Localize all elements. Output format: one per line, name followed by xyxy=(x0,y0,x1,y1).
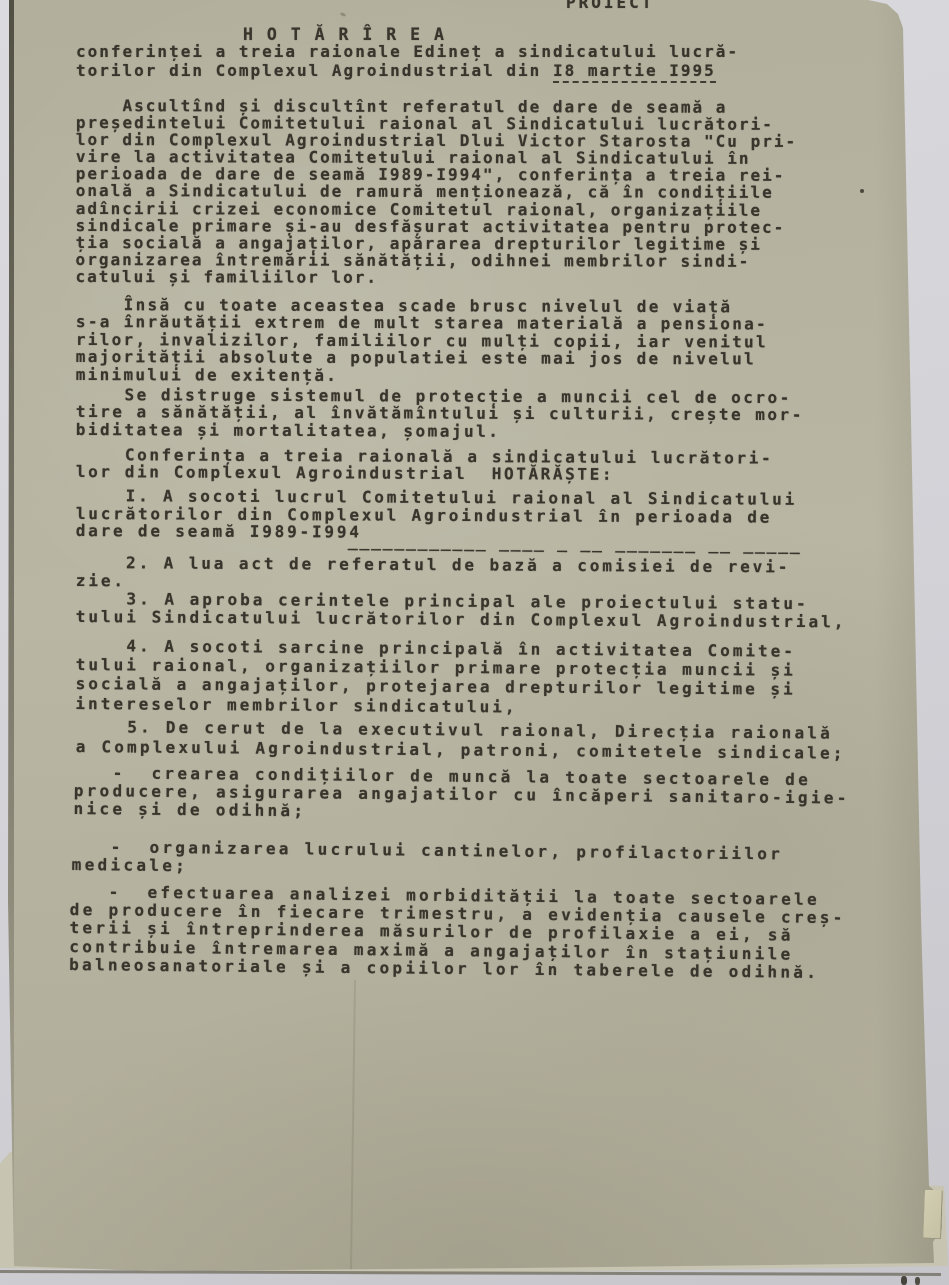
ink-speck xyxy=(860,189,864,193)
bullet-item-2: - organizarea lucrului cantinelor, profi… xyxy=(72,838,784,881)
page-left-shadow xyxy=(6,0,14,1266)
background-mark xyxy=(915,1277,920,1285)
subtitle-date-underlined: I8 martie I995 xyxy=(553,61,716,83)
page-right-shading xyxy=(875,0,935,1270)
resolution-item-4: 4. A socoti sarcine principală în activi… xyxy=(75,636,796,718)
paragraph-1: Ascultînd și discultînt referatul de dar… xyxy=(76,97,798,287)
subtitle-line1: conferinței a treia raionale Edineț a si… xyxy=(76,42,739,61)
paragraph-4-resolution-intro: Conferința a treia raională a sindicatul… xyxy=(76,446,773,484)
background-mark xyxy=(901,1276,907,1285)
draft-stamp: PROIECT xyxy=(566,0,654,12)
resolution-item-1: I. A socoti lucrul Comitetului raional a… xyxy=(76,487,797,543)
bullet-item-3: - efectuarea analizei morbidității la to… xyxy=(69,883,846,982)
bullet-item-1: - crearea condițiilor de muncă la toate … xyxy=(73,764,849,825)
photo-background: PROIECT H O T Ă R Î R E A conferinței a … xyxy=(0,0,949,1285)
document-subtitle: conferinței a treia raionale Edineț a si… xyxy=(76,43,739,80)
page-bottom-edge-line xyxy=(0,1270,941,1275)
tape-fragment xyxy=(923,1190,943,1240)
paragraph-3: Se distruge sistemul de protecție a munc… xyxy=(76,386,804,441)
document-page: PROIECT H O T Ă R Î R E A conferinței a … xyxy=(0,0,949,1285)
paragraph-2: Însă cu toate aceastea scade brusc nivel… xyxy=(76,296,768,385)
ink-smudge xyxy=(340,12,347,17)
resolution-item-2: 2. A lua act de referatul de bază a comi… xyxy=(76,554,791,593)
resolution-item-3: 3. A aproba cerintele principal ale proi… xyxy=(76,590,847,631)
paper-crease xyxy=(350,980,356,1270)
resolution-item-5: 5. De cerut de la executivul raional, Di… xyxy=(76,717,846,763)
subtitle-line2: torilor din Complexul Agroindustrial din xyxy=(76,61,553,80)
